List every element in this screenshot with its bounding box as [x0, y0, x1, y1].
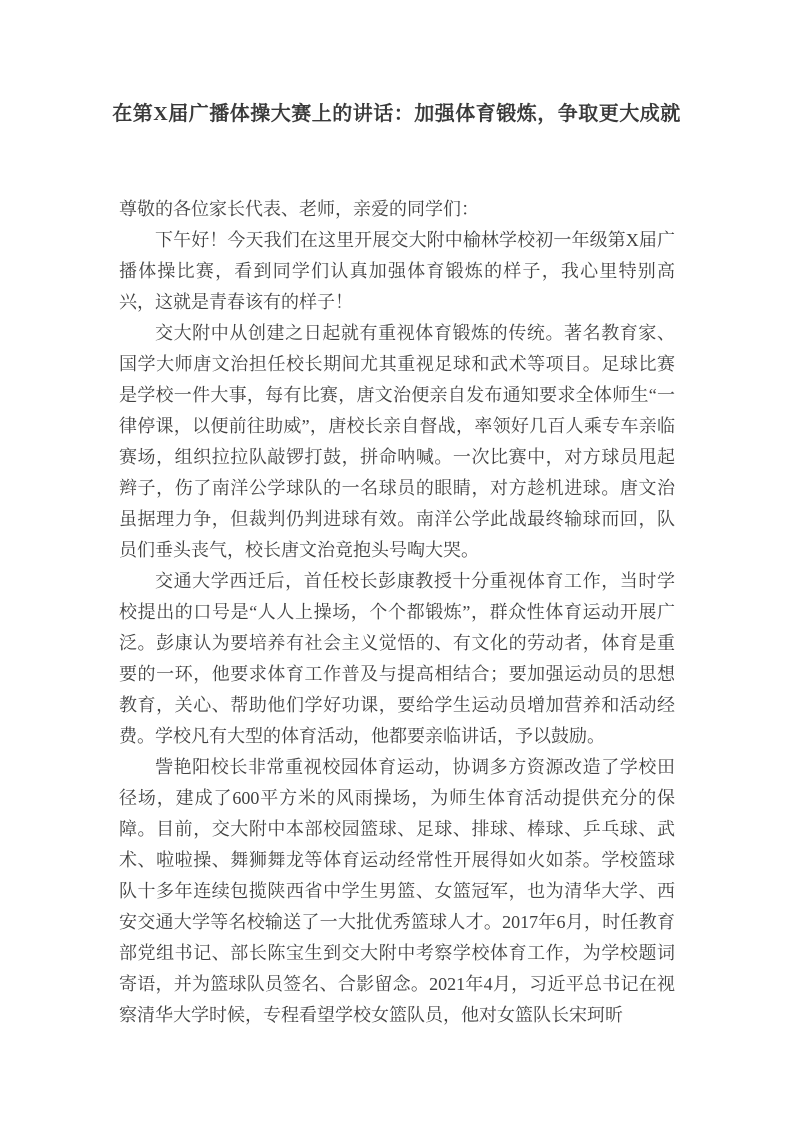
- paragraph-tang-wenzhi-history: 交大附中从创建之日起就有重视体育锻炼的传统。著名教育家、国学大师唐文治担任校长期…: [119, 318, 675, 566]
- paragraph-peng-kang-history: 交通大学西迁后，首任校长彭康教授十分重视体育工作，当时学校提出的口号是“人人上操…: [119, 566, 675, 752]
- paragraph-zi-yanyang-present: 訾艳阳校长非常重视校园体育运动，协调多方资源改造了学校田径场，建成了600平方米…: [119, 752, 675, 1031]
- document-page: 在第X届广播体操大赛上的讲话：加强体育锻炼，争取更大成就 尊敬的各位家长代表、老…: [0, 0, 793, 1122]
- document-title: 在第X届广播体操大赛上的讲话：加强体育锻炼，争取更大成就: [60, 97, 733, 126]
- paragraph-greeting: 下午好！今天我们在这里开展交大附中榆林学校初一年级第X届广播体操比赛，看到同学们…: [119, 225, 675, 318]
- document-body: 尊敬的各位家长代表、老师，亲爱的同学们： 下午好！今天我们在这里开展交大附中榆林…: [119, 194, 675, 1031]
- salutation-paragraph: 尊敬的各位家长代表、老师，亲爱的同学们：: [119, 194, 675, 225]
